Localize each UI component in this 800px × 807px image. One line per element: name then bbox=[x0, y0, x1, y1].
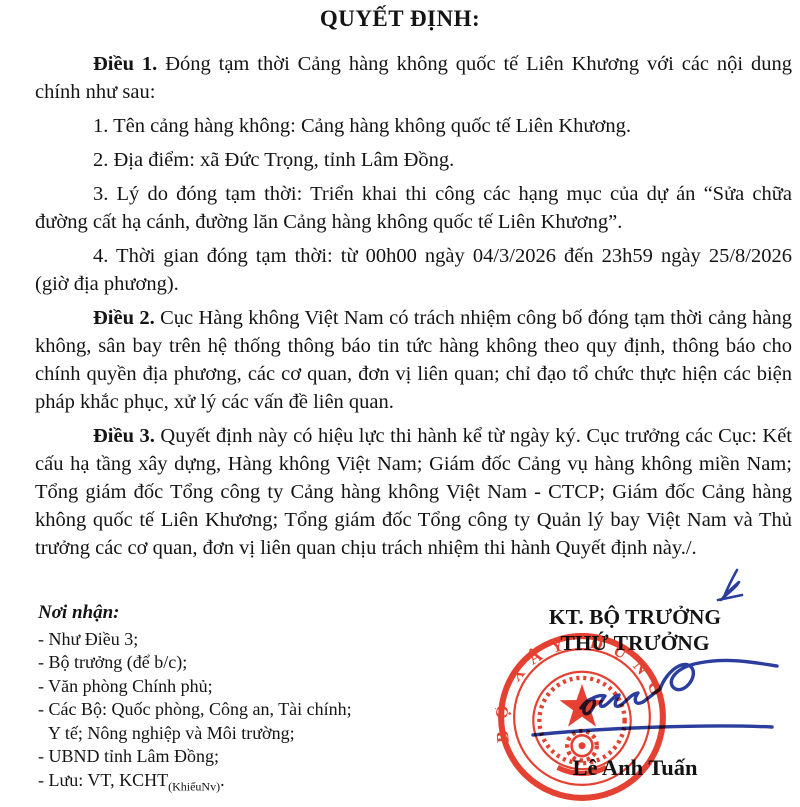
article-2-paragraph: Điều 2. Cục Hàng không Việt Nam có trách… bbox=[35, 304, 792, 416]
decision-document-page: QUYẾT ĐỊNH: Điều 1. Đóng tạm thời Cảng h… bbox=[0, 0, 800, 807]
signature-ink-icon bbox=[515, 558, 800, 753]
recipients-block: Nơi nhận: - Như Điều 3; - Bộ trưởng (để … bbox=[38, 601, 352, 792]
article-1-item-4: 4. Thời gian đóng tạm thời: từ 00h00 ngà… bbox=[35, 242, 792, 298]
recipient-item: - Các Bộ: Quốc phòng, Công an, Tài chính… bbox=[38, 698, 352, 722]
archive-suffix: . bbox=[220, 770, 225, 790]
recipients-heading: Nơi nhận: bbox=[38, 601, 352, 625]
archive-prefix: - Lưu: VT, KCHT bbox=[38, 770, 168, 790]
article-1-item-2: 2. Địa điểm: xã Đức Trọng, tỉnh Lâm Đồng… bbox=[35, 146, 792, 174]
recipient-item: - Văn phòng Chính phủ; bbox=[38, 675, 352, 699]
article-1-item-1: 1. Tên cảng hàng không: Cảng hàng không … bbox=[35, 112, 792, 140]
article-1-item-3: 3. Lý do đóng tạm thời: Triển khai thi c… bbox=[35, 180, 792, 236]
article-3-paragraph: Điều 3. Quyết định này có hiệu lực thi h… bbox=[35, 422, 792, 562]
recipient-item-continuation: Y tế; Nông nghiệp và Môi trường; bbox=[38, 722, 352, 746]
article-2-label: Điều 2. bbox=[93, 307, 155, 329]
archive-subscript: (KhiếuNv) bbox=[168, 779, 220, 793]
signature-stroke bbox=[533, 660, 777, 735]
article-1-label: Điều 1. bbox=[93, 53, 157, 75]
document-title: QUYẾT ĐỊNH: bbox=[0, 6, 800, 32]
article-1-paragraph: Điều 1. Đóng tạm thời Cảng hàng không qu… bbox=[35, 50, 792, 106]
recipient-item: - Bộ trưởng (để b/c); bbox=[38, 651, 352, 675]
pen-mark-icon bbox=[718, 570, 742, 600]
recipient-item-archive: - Lưu: VT, KCHT(KhiếuNv). bbox=[38, 769, 352, 793]
document-body: Điều 1. Đóng tạm thời Cảng hàng không qu… bbox=[35, 50, 792, 568]
article-3-label: Điều 3. bbox=[93, 425, 155, 447]
handwritten-signature bbox=[515, 558, 800, 753]
recipient-item: - UBND tỉnh Lâm Đồng; bbox=[38, 745, 352, 769]
recipient-item: - Như Điều 3; bbox=[38, 628, 352, 652]
